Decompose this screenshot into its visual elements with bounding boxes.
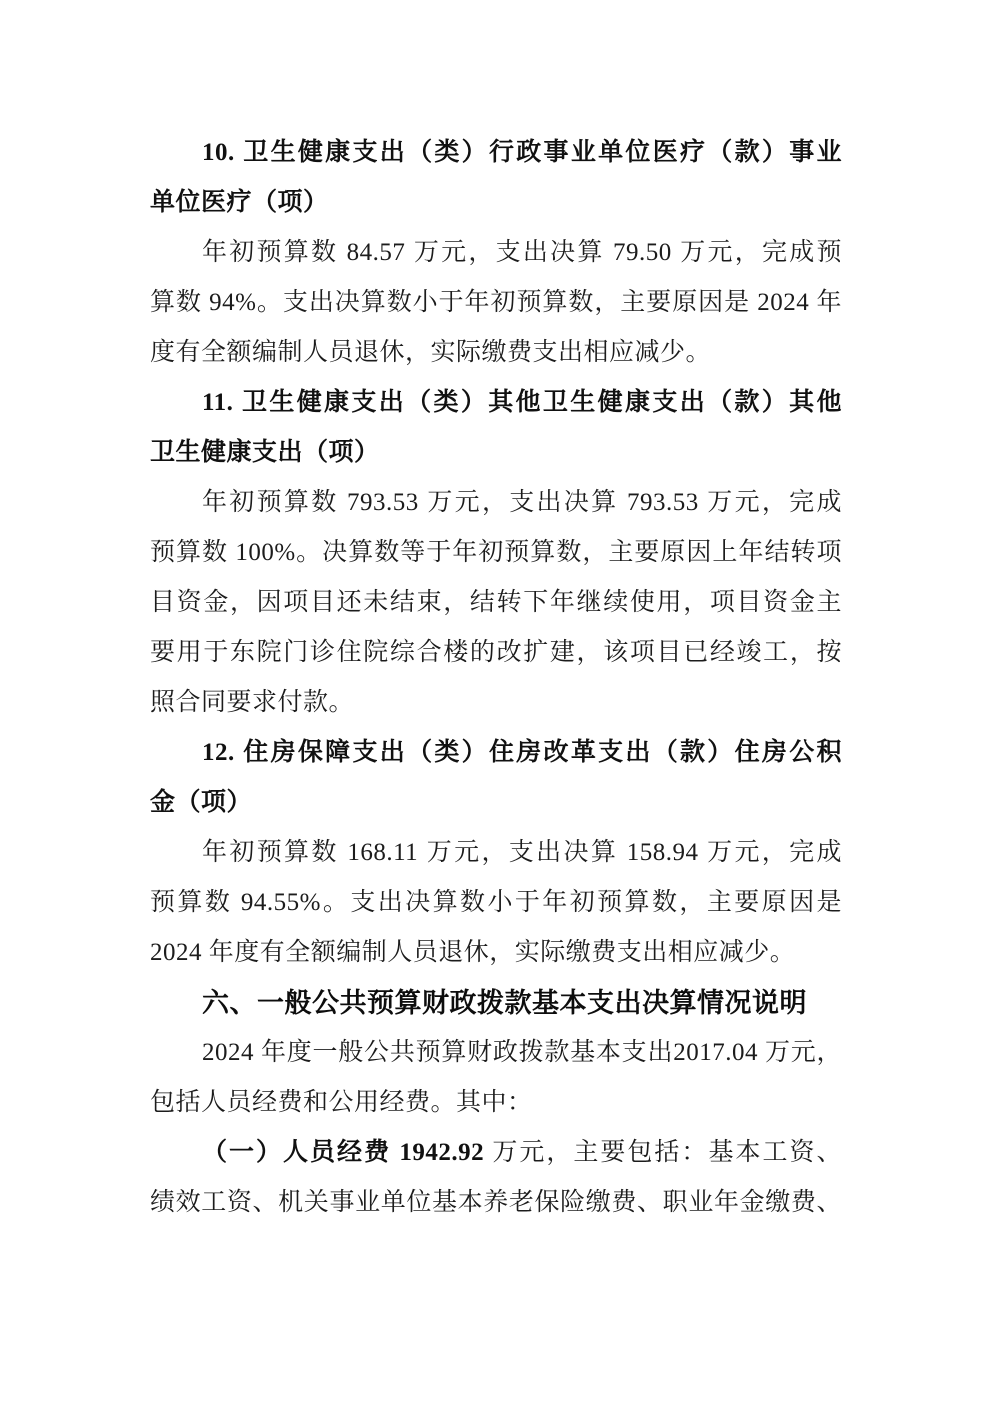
personnel-funds-amount-bold: （一）人员经费 1942.92 [202, 1139, 484, 1166]
section-10-heading-line-2: 单位医疗（项） [150, 178, 842, 228]
section-10-paragraph-line-3: 度有全额编制人员退休，实际缴费支出相应减少。 [150, 328, 842, 378]
page: { "page": { "background_color": "#ffffff… [0, 0, 992, 1403]
section-12-paragraph-line-1: 年初预算数 168.11 万元，支出决算 158.94 万元，完成 [150, 828, 842, 878]
section-six-paragraph-line-1: 2024 年度一般公共预算财政拨款基本支出2017.04 万元， [150, 1028, 842, 1078]
personnel-funds-line-1: （一）人员经费 1942.92 万元，主要包括：基本工资、 [150, 1128, 842, 1178]
section-12-paragraph-line-2: 预算数 94.55%。支出决算数小于年初预算数，主要原因是 [150, 878, 842, 928]
section-six-heading: 六、一般公共预算财政拨款基本支出决算情况说明 [150, 978, 842, 1028]
section-11-paragraph-line-1: 年初预算数 793.53 万元，支出决算 793.53 万元，完成 [150, 478, 842, 528]
section-12-paragraph-line-3: 2024 年度有全额编制人员退休，实际缴费支出相应减少。 [150, 928, 842, 978]
section-11-paragraph-line-4: 要用于东院门诊住院综合楼的改扩建，该项目已经竣工，按 [150, 628, 842, 678]
section-12-heading-line-2: 金（项） [150, 778, 842, 828]
section-10-paragraph-line-1: 年初预算数 84.57 万元，支出决算 79.50 万元，完成预 [150, 228, 842, 278]
personnel-funds-line-2: 绩效工资、机关事业单位基本养老保险缴费、职业年金缴费、 [150, 1178, 842, 1228]
section-11-paragraph-line-5: 照合同要求付款。 [150, 678, 842, 728]
section-11-paragraph-line-3: 目资金，因项目还未结束，结转下年继续使用，项目资金主 [150, 578, 842, 628]
section-six-paragraph-line-2: 包括人员经费和公用经费。其中： [150, 1078, 842, 1128]
section-10-paragraph-line-2: 算数 94%。支出决算数小于年初预算数，主要原因是 2024 年 [150, 278, 842, 328]
personnel-funds-line-1-rest: 万元，主要包括：基本工资、 [484, 1139, 842, 1166]
section-11-heading-line-2: 卫生健康支出（项） [150, 428, 842, 478]
section-11-paragraph-line-2: 预算数 100%。决算数等于年初预算数，主要原因上年结转项 [150, 528, 842, 578]
document-body: 10. 卫生健康支出（类）行政事业单位医疗（款）事业 单位医疗（项） 年初预算数… [150, 128, 842, 1228]
section-12-heading-line-1: 12. 住房保障支出（类）住房改革支出（款）住房公积 [150, 728, 842, 778]
section-11-heading-line-1: 11. 卫生健康支出（类）其他卫生健康支出（款）其他 [150, 378, 842, 428]
section-10-heading-line-1: 10. 卫生健康支出（类）行政事业单位医疗（款）事业 [150, 128, 842, 178]
